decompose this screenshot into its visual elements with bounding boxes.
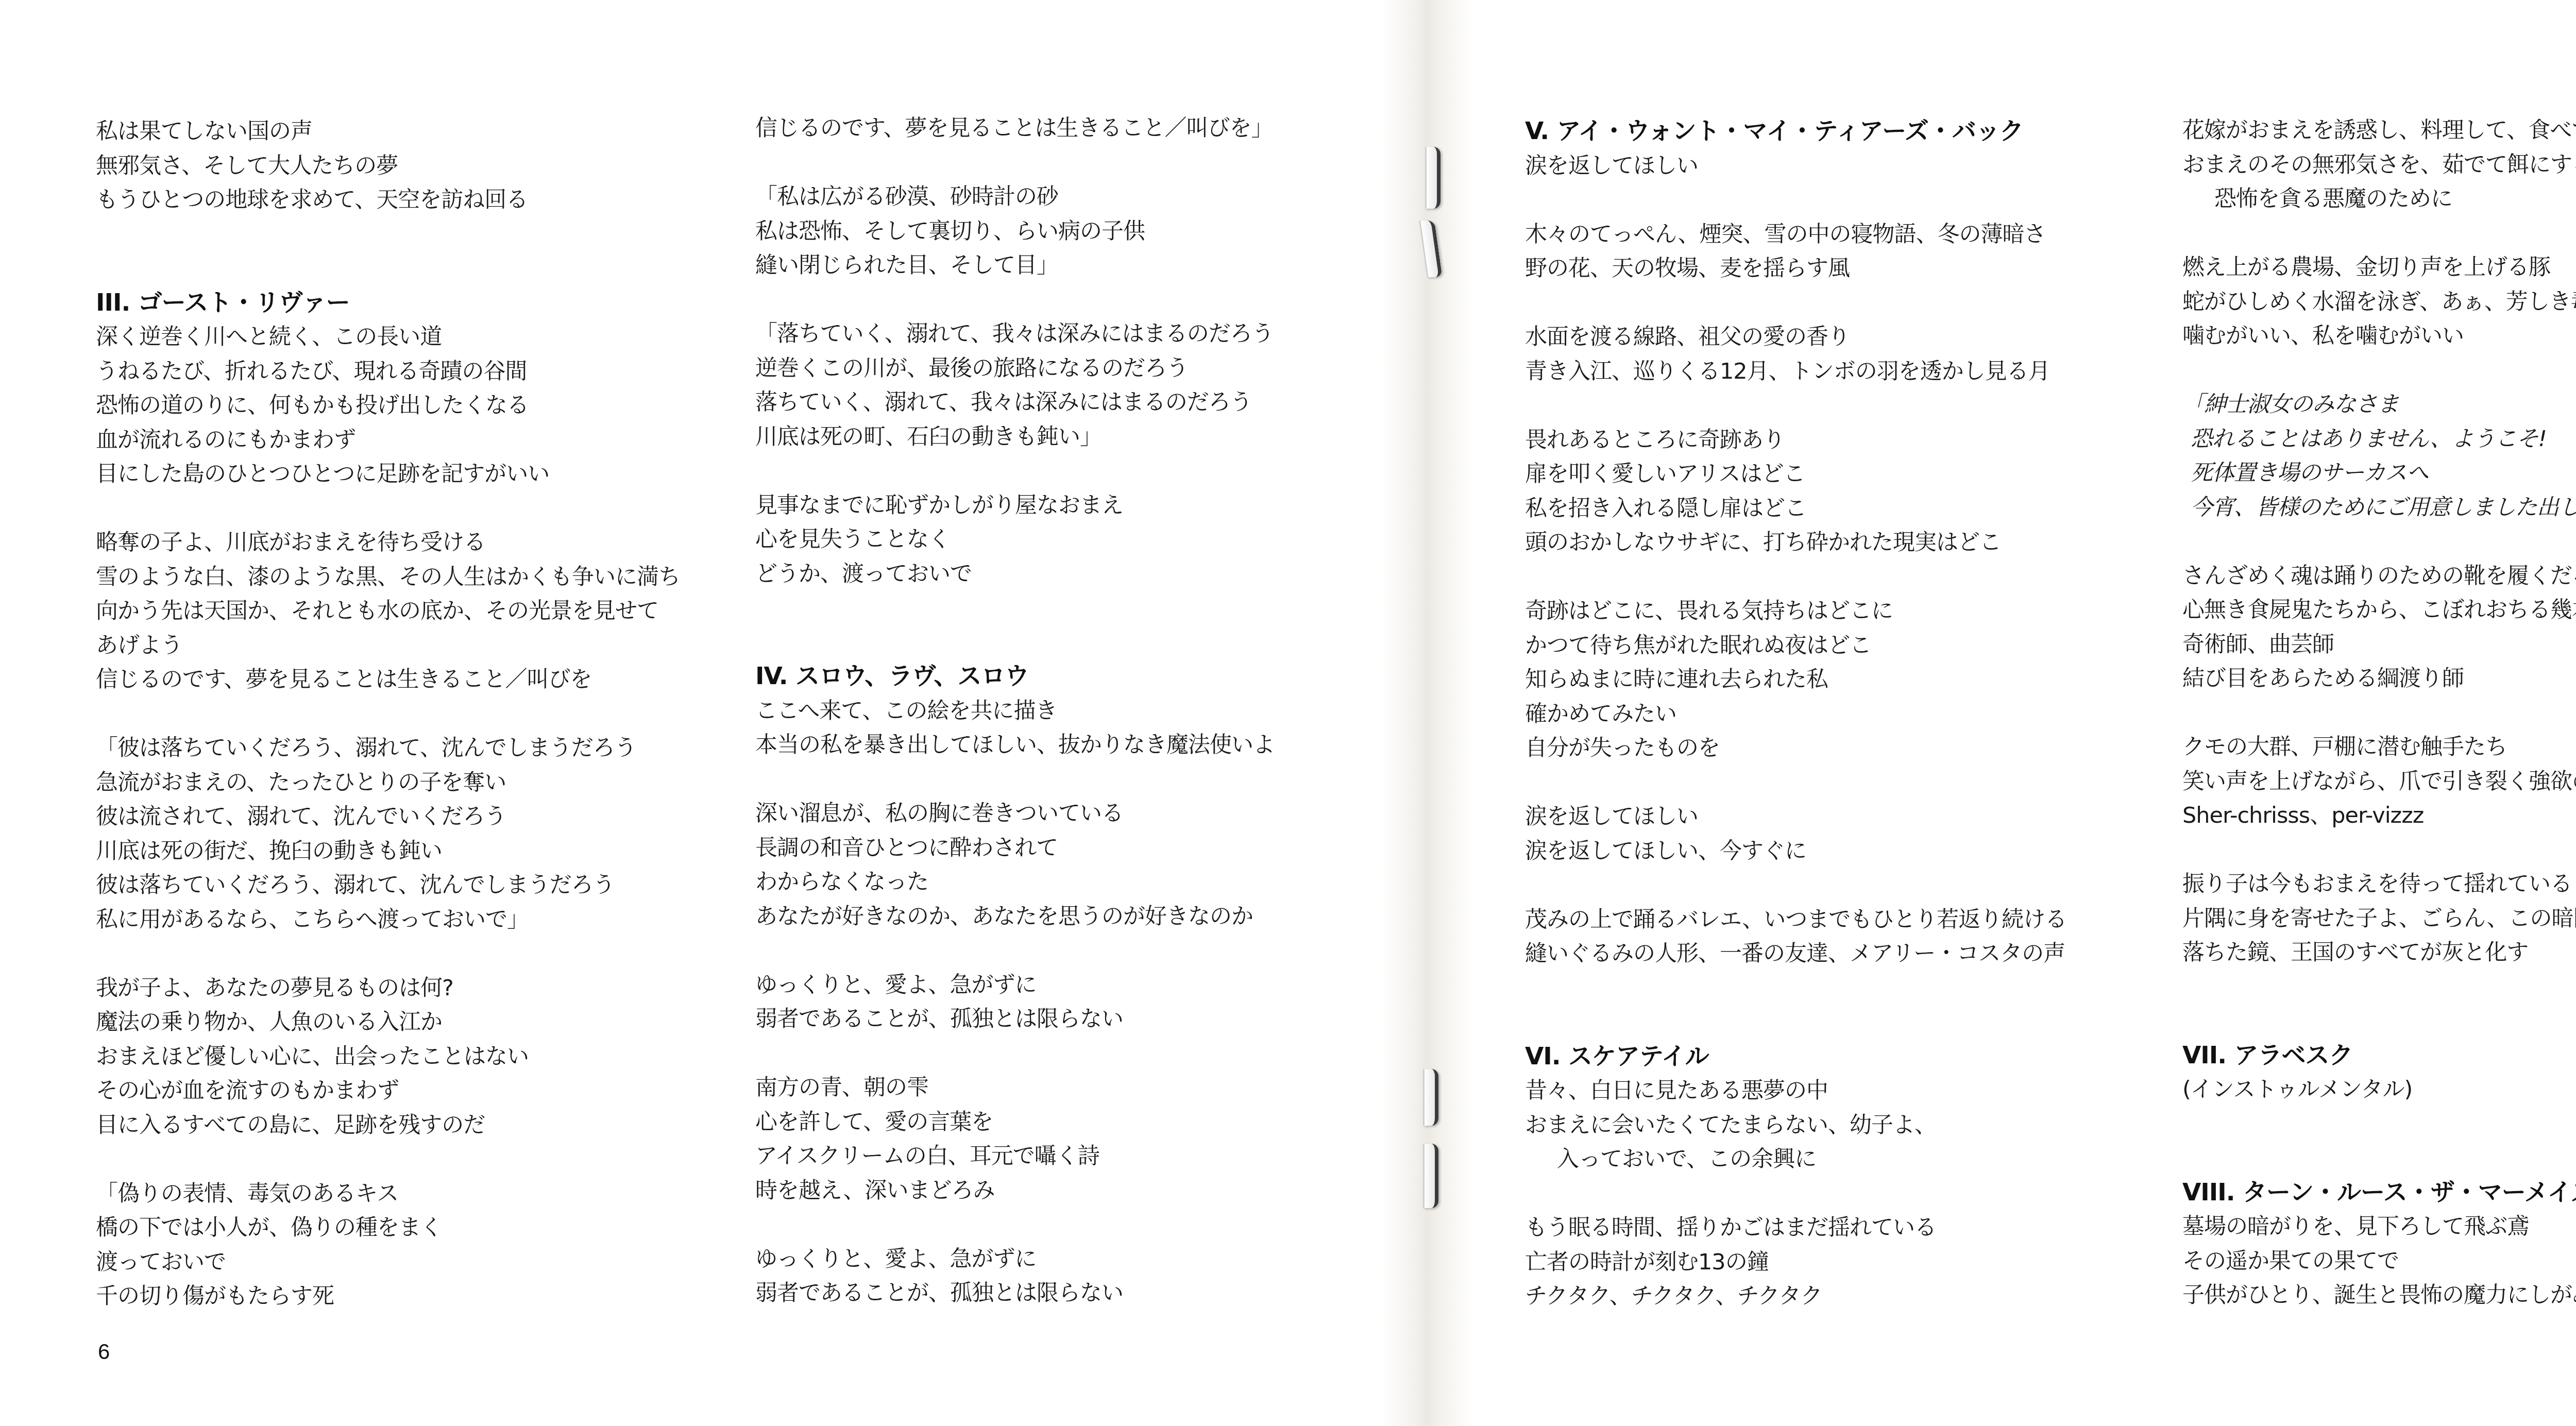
lyric-line: 亡者の時計が刻む13の鐘 bbox=[1525, 1245, 2169, 1280]
lyric-line: 扉を叩く愛しいアリスはどこ bbox=[1525, 457, 2169, 491]
lyric-line: 水面を渡る線路、祖父の愛の香り bbox=[1525, 320, 2169, 354]
lyric-line: 奇跡はどこに、畏れる気持ちはどこに bbox=[1525, 594, 2169, 629]
lyric-line: おまえに会いたくてたまらない、幼子よ、 bbox=[1525, 1108, 2169, 1143]
lyric-line: 深く逆巻く川へと続く、この長い道 bbox=[96, 320, 740, 354]
lyric-line: 花嫁がおまえを誘惑し、料理して、食べてしまうだろう bbox=[2182, 113, 2576, 148]
lyric-line: 渡っておいで bbox=[96, 1245, 740, 1280]
lyric-line: 私を招き入れる隠し扉はどこ bbox=[1525, 491, 2169, 526]
staple-icon bbox=[1425, 147, 1440, 209]
staple-icon bbox=[1423, 1069, 1438, 1126]
lyric-line: うねるたび、折れるたび、現れる奇蹟の谷間 bbox=[96, 354, 740, 389]
lyric-line: 橋の下では小人が、偽りの種をまく bbox=[96, 1211, 740, 1245]
song-title-vii: VII. アラベスク bbox=[2182, 1039, 2576, 1073]
lyric-line: もう眠る時間、揺りかごはまだ揺れている bbox=[1525, 1211, 2169, 1245]
lyric-line: 「偽りの表情、毒気のあるキス bbox=[96, 1177, 740, 1211]
lyric-line: 野の花、天の牧場、麦を揺らす風 bbox=[1525, 251, 2169, 286]
lyric-line: 蛇がひしめく水溜を泳ぎ、あぁ、芳しき毒よ bbox=[2182, 285, 2576, 319]
lyrics-column-4: 花嫁がおまえを誘惑し、料理して、食べてしまうだろう おまえのその無邪気さを、茹で… bbox=[2182, 113, 2576, 1313]
lyric-line: 川底は死の街だ、挽臼の動きも鈍い bbox=[96, 834, 740, 869]
lyric-line: 本当の私を暴き出してほしい、抜かりなき魔法使いよ bbox=[755, 728, 1399, 762]
lyric-line: 落ちていく、溺れて、我々は深みにはまるのだろう bbox=[755, 385, 1399, 420]
lyric-line: 時を越え、深いまどろみ bbox=[755, 1174, 1399, 1208]
lyric-line: 川底は死の町、石臼の動きも鈍い」 bbox=[755, 420, 1399, 454]
song-title-vi: VI. スケアテイル bbox=[1525, 1040, 2169, 1074]
lyric-line: その心が血を流すのもかまわず bbox=[96, 1074, 740, 1108]
lyric-line: 彼は落ちていくだろう、溺れて、沈んでしまうだろう bbox=[96, 868, 740, 903]
lyric-line: (インストゥルメンタル) bbox=[2182, 1073, 2576, 1107]
lyric-line: 恐怖の道のりに、何もかも投げ出したくなる bbox=[96, 388, 740, 423]
lyric-line: 縫い閉じられた目、そして目」 bbox=[755, 248, 1399, 283]
lyric-line: 噛むがいい、私を噛むがいい bbox=[2182, 319, 2576, 353]
lyric-line: 私に用があるなら、こちらへ渡っておいで」 bbox=[96, 903, 740, 937]
lyric-line: どうか、渡っておいで bbox=[755, 557, 1399, 591]
lyric-line: 木々のてっぺん、煙突、雪の中の寝物語、冬の薄暗さ bbox=[1525, 217, 2169, 252]
lyric-line: 片隅に身を寄せた子よ、ごらん、この暗闇を bbox=[2182, 902, 2576, 936]
lyric-line-quote: 恐れることはありません、ようこそ! bbox=[2182, 422, 2576, 456]
lyric-line: 雪のような白、漆のような黒、その人生はかくも争いに満ち bbox=[96, 560, 740, 595]
lyric-line: クモの大群、戸棚に潜む触手たち bbox=[2182, 730, 2576, 765]
lyric-line: 落ちた鏡、王国のすべてが灰と化す bbox=[2182, 936, 2576, 970]
lyric-line: おまえほど優しい心に、出会ったことはない bbox=[96, 1040, 740, 1074]
lyric-line: 私は果てしない国の声 bbox=[96, 114, 740, 149]
lyric-line: 入っておいで、この余興に bbox=[1525, 1142, 2169, 1177]
lyric-line: かつて待ち焦がれた眠れぬ夜はどこ bbox=[1525, 629, 2169, 663]
page-number-left: 6 bbox=[98, 1339, 110, 1364]
lyric-line: 私は恐怖、そして裏切り、らい病の子供 bbox=[755, 214, 1399, 249]
lyric-line: 確かめてみたい bbox=[1525, 697, 2169, 732]
song-title-iii: III. ゴースト・リヴァー bbox=[96, 286, 740, 320]
lyric-line: 信じるのです、夢を見ることは生きること／叫びを」 bbox=[755, 111, 1399, 146]
lyric-line: 頭のおかしなウサギに、打ち砕かれた現実はどこ bbox=[1525, 525, 2169, 560]
lyric-line: 自分が失ったものを bbox=[1525, 731, 2169, 766]
lyrics-column-2: 信じるのです、夢を見ることは生きること／叫びを」 「私は広がる砂漠、砂時計の砂 … bbox=[755, 111, 1399, 1311]
lyric-line: 見事なまでに恥ずかしがり屋なおまえ bbox=[755, 488, 1399, 523]
lyric-line: 知らぬまに時に連れ去られた私 bbox=[1525, 663, 2169, 697]
lyric-line: その遥か果ての果てで bbox=[2182, 1244, 2576, 1279]
lyric-line: 弱者であることが、孤独とは限らない bbox=[755, 1276, 1399, 1311]
lyric-line: 「私は広がる砂漠、砂時計の砂 bbox=[755, 180, 1399, 214]
lyric-line-quote: 死体置き場のサーカスへ bbox=[2182, 456, 2576, 490]
lyric-line: 「彼は落ちていくだろう、溺れて、沈んでしまうだろう bbox=[96, 731, 740, 766]
lyric-line: 血が流れるのにもかまわず bbox=[96, 423, 740, 457]
lyric-line: 涙を返してほしい、今すぐに bbox=[1525, 834, 2169, 869]
lyric-line: 奇術師、曲芸師 bbox=[2182, 627, 2576, 662]
lyric-line: チクタク、チクタク、チクタク bbox=[1525, 1279, 2169, 1314]
lyric-line: 恐怖を貪る悪魔のために bbox=[2182, 182, 2576, 216]
lyric-line: 千の切り傷がもたらす死 bbox=[96, 1279, 740, 1314]
lyric-line: 子供がひとり、誕生と畏怖の魔力にしがみついている bbox=[2182, 1278, 2576, 1313]
lyric-line: ゆっくりと、愛よ、急がずに bbox=[755, 1242, 1399, 1277]
lyric-line: 墓場の暗がりを、見下ろして飛ぶ鳶 bbox=[2182, 1210, 2576, 1244]
lyric-line: 心無き食屍鬼たちから、こぼれおちる幾本もの手足 bbox=[2182, 593, 2576, 627]
lyric-line: 長調の和音ひとつに酔わされて bbox=[755, 831, 1399, 865]
booklet-spread: 私は果てしない国の声 無邪気さ、そして大人たちの夢 もうひとつの地球を求めて、天… bbox=[0, 0, 2576, 1426]
lyric-line-quote: 「紳士淑女のみなさま bbox=[2182, 387, 2576, 422]
lyric-line: 我が子よ、あなたの夢見るものは何? bbox=[96, 971, 740, 1006]
lyric-line: Sher-chrisss、per-vizzz bbox=[2182, 799, 2576, 833]
lyric-line: 心を見失うことなく bbox=[755, 522, 1399, 557]
lyric-line: 涙を返してほしい bbox=[1525, 149, 2169, 183]
lyric-line: 昔々、白日に見たある悪夢の中 bbox=[1525, 1074, 2169, 1108]
lyric-line: 「落ちていく、溺れて、我々は深みにはまるのだろう bbox=[755, 317, 1399, 351]
lyric-line-quote: 今宵、皆様のためにご用意しました出し物の素晴らしさよ!」 bbox=[2182, 490, 2576, 525]
lyric-line: 目にした島のひとつひとつに足跡を記すがいい bbox=[96, 457, 740, 491]
lyrics-column-3: V. アイ・ウォント・マイ・ティアーズ・バック 涙を返してほしい 木々のてっぺん… bbox=[1525, 114, 2169, 1314]
lyric-line: 向かう先は天国か、それとも水の底か、その光景を見せて bbox=[96, 594, 740, 629]
lyric-line: もうひとつの地球を求めて、天空を訪ね回る bbox=[96, 183, 740, 217]
lyric-line: わからなくなった bbox=[755, 865, 1399, 899]
lyric-line: 青き入江、巡りくる12月、トンボの羽を透かし見る月 bbox=[1525, 354, 2169, 389]
lyric-line: 笑い声を上げながら、爪で引き裂く強欲の化身ハーピー bbox=[2182, 765, 2576, 799]
lyric-line: 茂みの上で踊るバレエ、いつまでもひとり若返り続ける bbox=[1525, 903, 2169, 937]
lyric-line: 燃え上がる農場、金切り声を上げる豚 bbox=[2182, 250, 2576, 285]
lyric-line: アイスクリームの白、耳元で囁く詩 bbox=[755, 1139, 1399, 1174]
lyric-line: 涙を返してほしい bbox=[1525, 800, 2169, 834]
lyric-line: 逆巻くこの川が、最後の旅路になるのだろう bbox=[755, 351, 1399, 386]
lyric-line: 無邪気さ、そして大人たちの夢 bbox=[96, 149, 740, 183]
song-title-v: V. アイ・ウォント・マイ・ティアーズ・バック bbox=[1525, 114, 2169, 149]
lyric-line: 畏れあるところに奇跡あり bbox=[1525, 423, 2169, 457]
lyric-line: 深い溜息が、私の胸に巻きついている bbox=[755, 796, 1399, 831]
lyric-line: 魔法の乗り物か、人魚のいる入江か bbox=[96, 1005, 740, 1040]
lyric-line: 心を許して、愛の言葉を bbox=[755, 1105, 1399, 1140]
song-title-iv: IV. スロウ、ラヴ、スロウ bbox=[755, 659, 1399, 694]
lyric-line: さんざめく魂は踊りのための靴を履くだろう bbox=[2182, 559, 2576, 593]
lyric-line: 縫いぐるみの人形、一番の友達、メアリー・コスタの声 bbox=[1525, 937, 2169, 971]
lyric-line: ここへ来て、この絵を共に描き bbox=[755, 694, 1399, 728]
lyrics-column-1: 私は果てしない国の声 無邪気さ、そして大人たちの夢 もうひとつの地球を求めて、天… bbox=[96, 114, 740, 1314]
lyric-line: 彼は流されて、溺れて、沈んでいくだろう bbox=[96, 800, 740, 834]
lyric-line: ゆっくりと、愛よ、急がずに bbox=[755, 968, 1399, 1003]
lyric-line: 南方の青、朝の雫 bbox=[755, 1071, 1399, 1105]
lyric-line: 目に入るすべての島に、足跡を残すのだ bbox=[96, 1108, 740, 1143]
lyric-line: 結び目をあらためる綱渡り師 bbox=[2182, 661, 2576, 696]
lyric-line: 略奪の子よ、川底がおまえを待ち受ける bbox=[96, 525, 740, 560]
lyric-line: 弱者であることが、孤独とは限らない bbox=[755, 1002, 1399, 1037]
lyric-line: 振り子は今もおまえを待って揺れている bbox=[2182, 867, 2576, 902]
staple-icon bbox=[1423, 1144, 1438, 1208]
lyric-line: 急流がおまえの、たったひとりの子を奪い bbox=[96, 766, 740, 800]
lyric-line: あなたが好きなのか、あなたを思うのが好きなのか bbox=[755, 899, 1399, 934]
song-title-viii: VIII. ターン・ルース・ザ・マーメイズ bbox=[2182, 1176, 2576, 1210]
lyric-line: 信じるのです、夢を見ることは生きること／叫びを bbox=[96, 663, 740, 697]
lyric-line: おまえのその無邪気さを、茹でて餌にするだろう、 bbox=[2182, 148, 2576, 182]
lyric-line: あげよう bbox=[96, 629, 740, 663]
